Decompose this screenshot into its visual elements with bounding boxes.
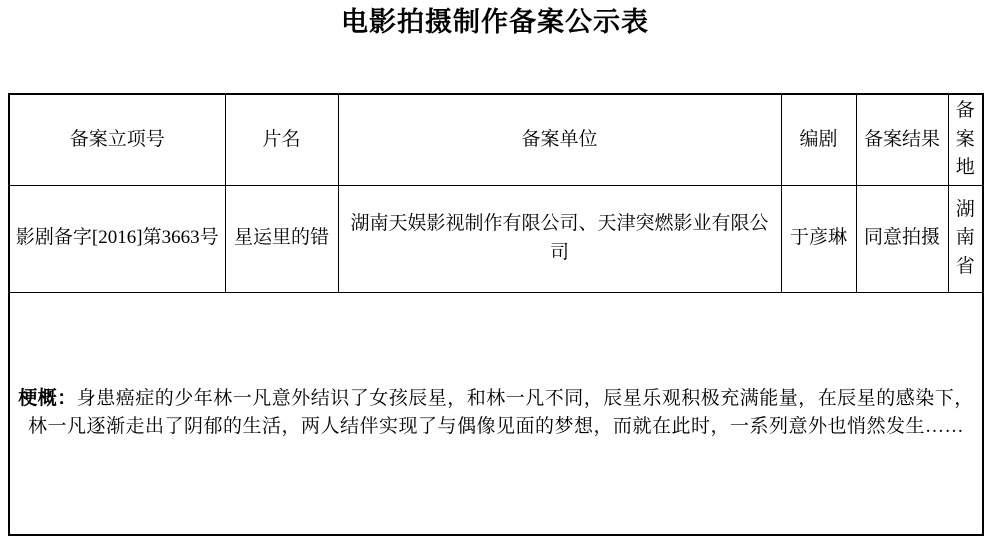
- synopsis-cell: 梗概：身患癌症的少年林一凡意外结识了女孩辰星，和林一凡不同，辰星乐观积极充满能量…: [9, 292, 983, 535]
- cell-screenwriter: 于彦琳: [781, 185, 856, 292]
- cell-filing-location: 湖南省: [948, 185, 983, 292]
- table-row: 影剧备字[2016]第3663号 星运里的错 湖南天娱影视制作有限公司、天津突燃…: [9, 185, 983, 292]
- synopsis-text: 身患癌症的少年林一凡意外结识了女孩辰星，和林一凡不同，辰星乐观积极充满能量，在辰…: [28, 388, 974, 438]
- cell-filing-number: 影剧备字[2016]第3663号: [9, 185, 225, 292]
- header-filing-unit: 备案单位: [338, 94, 781, 185]
- cell-filing-unit: 湖南天娱影视制作有限公司、天津突燃影业有限公司: [338, 185, 781, 292]
- filing-table: 备案立项号 片名 备案单位 编剧 备案结果 备案地 影剧备字[2016]第366…: [8, 93, 984, 536]
- header-screenwriter: 编剧: [781, 94, 856, 185]
- page-title: 电影拍摄制作备案公示表: [0, 0, 990, 39]
- header-filing-result: 备案结果: [856, 94, 948, 185]
- cell-film-title: 星运里的错: [225, 185, 338, 292]
- synopsis-label: 梗概：: [18, 388, 77, 409]
- table-header-row: 备案立项号 片名 备案单位 编剧 备案结果 备案地: [9, 94, 983, 185]
- header-film-title: 片名: [225, 94, 338, 185]
- cell-filing-result: 同意拍摄: [856, 185, 948, 292]
- synopsis-row: 梗概：身患癌症的少年林一凡意外结识了女孩辰星，和林一凡不同，辰星乐观积极充满能量…: [9, 292, 983, 535]
- header-filing-location: 备案地: [948, 94, 983, 185]
- header-filing-number: 备案立项号: [9, 94, 225, 185]
